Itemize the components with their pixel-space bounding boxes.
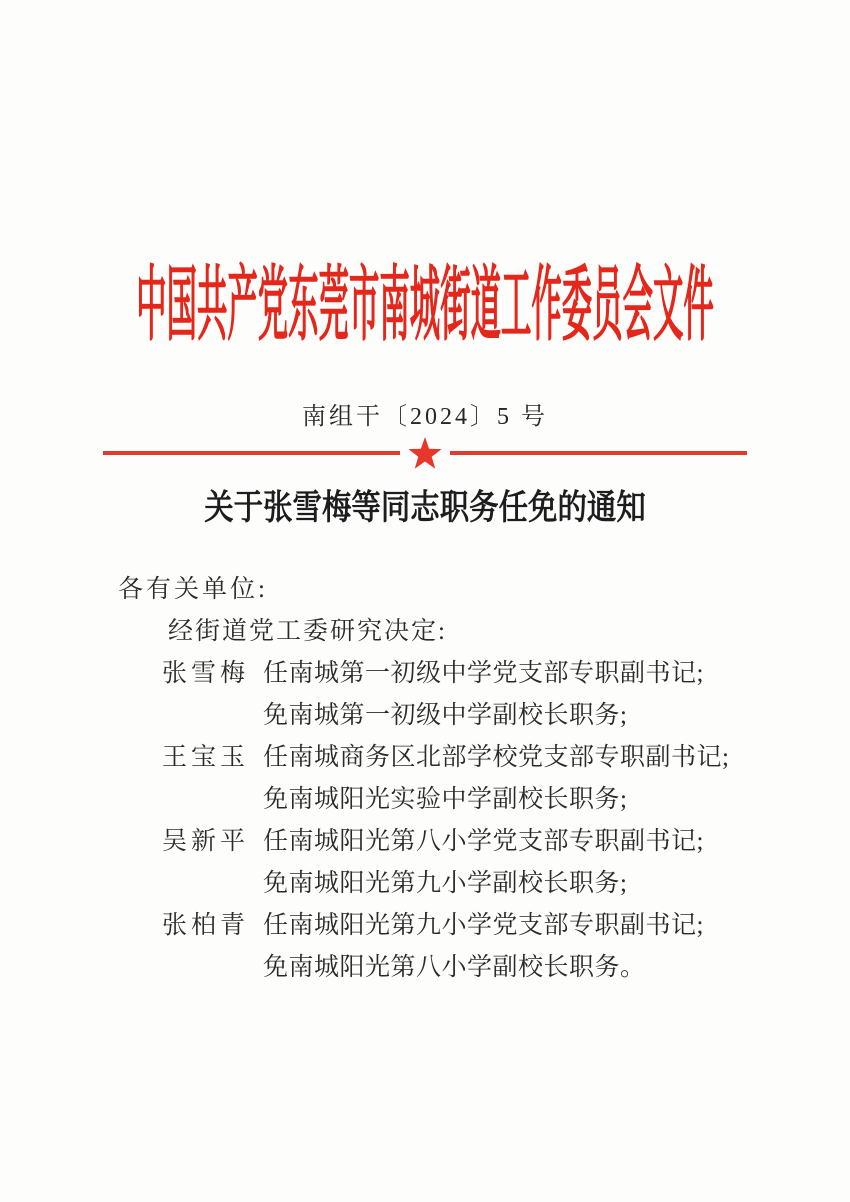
- appointment-entry: 吴新平 任南城阳光第八小学党支部专职副书记;: [118, 821, 770, 863]
- divider-line-right: [450, 451, 747, 455]
- remove-line: 免南城第一初级中学副校长职务;: [263, 695, 770, 737]
- appoint-line: 任南城商务区北部学校党支部专职副书记;: [263, 737, 729, 779]
- document-number: 南组干〔2024〕5 号: [0, 400, 850, 434]
- remove-line: 免南城阳光第九小学副校长职务;: [263, 863, 770, 905]
- appointment-entry: 张柏青 任南城阳光第九小学党支部专职副书记;: [118, 905, 770, 947]
- document-body: 各有关单位: 经街道党工委研究决定: 张雪梅 任南城第一初级中学党支部专职副书记…: [0, 569, 850, 989]
- notice-title: 关于张雪梅等同志职务任免的通知: [204, 484, 646, 529]
- remove-line: 免南城阳光第八小学副校长职务。: [263, 947, 770, 989]
- appointee-name: 张雪梅: [162, 653, 263, 695]
- appoint-line: 任南城阳光第八小学党支部专职副书记;: [263, 821, 704, 863]
- party-header: 中国共产党东莞市南城街道工作委员会文件: [0, 262, 850, 350]
- appoint-line: 任南城阳光第九小学党支部专职副书记;: [263, 905, 704, 947]
- document-page: 中国共产党东莞市南城街道工作委员会文件 南组干〔2024〕5 号 关于张雪梅等同…: [0, 0, 850, 1202]
- appointee-name: 张柏青: [162, 905, 263, 947]
- party-header-title: 中国共产党东莞市南城街道工作委员会文件: [136, 261, 714, 351]
- red-divider: [0, 434, 850, 472]
- remove-line: 免南城阳光实验中学副校长职务;: [263, 779, 770, 821]
- appointment-entry: 王宝玉 任南城商务区北部学校党支部专职副书记;: [118, 737, 770, 779]
- appointment-entry: 张雪梅 任南城第一初级中学党支部专职副书记;: [118, 653, 770, 695]
- appointee-name: 吴新平: [162, 821, 263, 863]
- star-icon: [407, 435, 443, 471]
- salutation: 各有关单位:: [118, 569, 770, 611]
- divider-line-left: [103, 451, 400, 455]
- appoint-line: 任南城第一初级中学党支部专职副书记;: [263, 653, 704, 695]
- decision-intro: 经街道党工委研究决定:: [168, 611, 770, 653]
- appointee-name: 王宝玉: [162, 737, 263, 779]
- notice-title-row: 关于张雪梅等同志职务任免的通知: [0, 486, 850, 528]
